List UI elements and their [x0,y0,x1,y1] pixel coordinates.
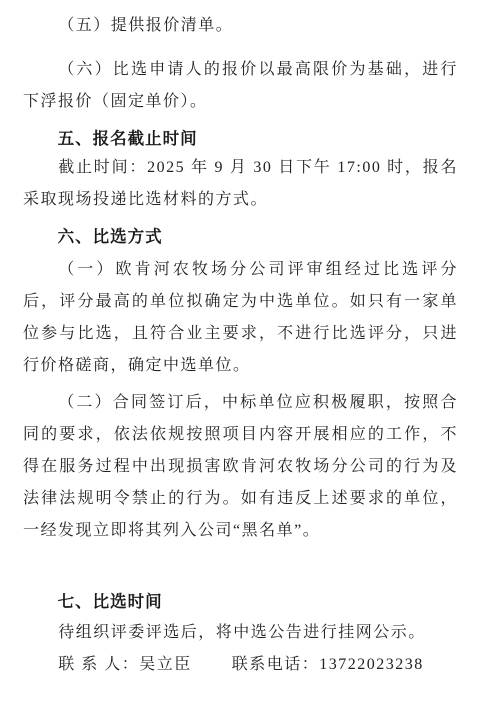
section-heading-registration-deadline: 五、报名截止时间 [23,126,458,152]
paragraph-deadline: 截止时间：2025 年 9 月 30 日下午 17:00 时，报名采取现场投递比… [23,152,458,216]
paragraph-announcement: 待组织评委评选后，将中选公告进行挂网公示。 [23,617,458,649]
section-heading-selection-time: 七、比选时间 [23,589,458,615]
paragraph-method-2: （二）合同签订后，中标单位应积极履职，按照合同的要求，依法依规按照项目内容开展相… [23,387,458,547]
contact-phone-label: 联系电话： [232,656,320,673]
section-heading-selection-method: 六、比选方式 [23,224,458,250]
paragraph-method-1: （一）欧肯河农牧场分公司评审组经过比选评分后，评分最高的单位拟确定为中选单位。如… [23,254,458,382]
contact-person-label: 联 系 人： [58,656,139,673]
paragraph-item-5: （五）提供报价清单。 [23,10,458,42]
contact-line: 联 系 人：吴立臣联系电话：13722023238 [23,649,458,681]
paragraph-item-6: （六）比选申请人的报价以最高限价为基础，进行下浮报价（固定单价）。 [23,54,458,118]
contact-phone-group: 联系电话：13722023238 [232,656,424,673]
contact-phone-number: 13722023238 [319,656,424,673]
document-page: （五）提供报价清单。 （六）比选申请人的报价以最高限价为基础，进行下浮报价（固定… [0,0,478,710]
contact-person-name: 吴立臣 [139,656,192,673]
